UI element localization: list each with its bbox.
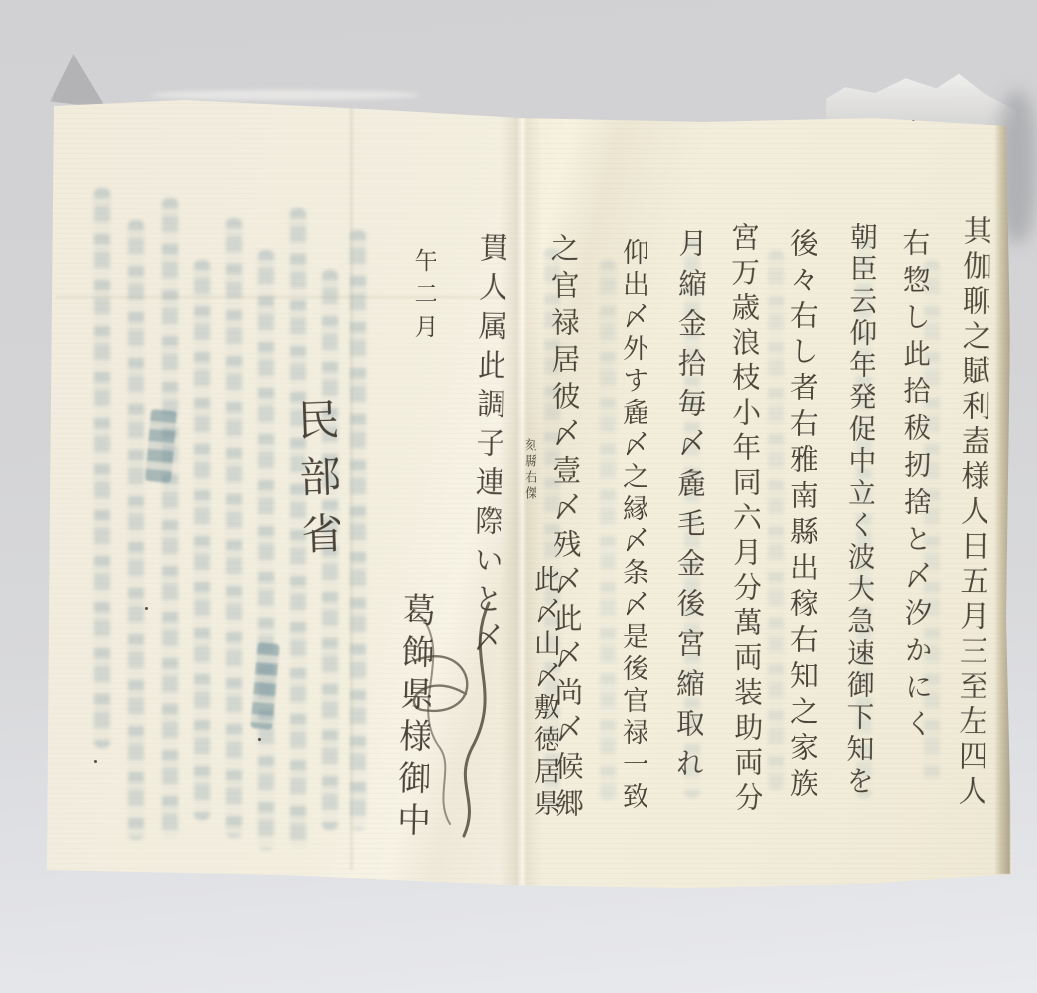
ink-flourish [394,598,524,848]
horizontal-crease [56,296,504,298]
calligraphy-column: 其伽聊之賦利盍様人日五月三至左四人 [944,215,989,840]
corner-shadow-top-left [50,54,106,108]
calligraphy-column: 仰出〆外す麁〆之縁〆条〆是後官禄一致 [607,238,647,830]
calligraphy-column: 月縮金拾毎〆麁毛金後宮縮取れ [662,228,705,810]
calligraphy-column: 朝臣云仰年発促中立く波大急速御下知を [832,222,876,820]
date-column: 午二月 [396,248,436,370]
ink-speck [94,760,97,763]
calligraphy-column: 宮万歳浪枝小年同六月分萬両装助両分 [718,222,762,830]
ministry-column: 民部省 [284,397,343,591]
body-annotation: 刻縣右傑 [496,438,536,570]
bleed-through-column [162,198,178,838]
calligraphy-column: 後々右し者右雅南縣出稼右知之家族 [777,228,817,826]
calligraphy-column: 此〆山〆敷徳居県 [518,565,558,835]
bleed-through-column [94,188,110,748]
page-stack-edge [994,122,1010,874]
top-edge-fiber [150,90,420,100]
manuscript-paper: 其伽聊之賦利盍様人日五月三至左四人 右惣し此拾秡扨捨と〆汐かにく 朝臣云仰年発促… [44,98,1012,888]
bleed-through-column [194,260,210,820]
ink-speck [258,738,261,741]
ink-speck [145,607,148,610]
bleed-through-column [350,230,366,830]
bleed-through-column [226,218,242,838]
calligraphy-column: 右惣し此拾秡扨捨と〆汐かにく [889,228,932,776]
photo-background: 其伽聊之賦利盍様人日五月三至左四人 右惣し此拾秡扨捨と〆汐かにく 朝臣云仰年発促… [0,0,1037,993]
bleed-through-column [128,220,144,840]
bleed-through-column [258,250,274,850]
